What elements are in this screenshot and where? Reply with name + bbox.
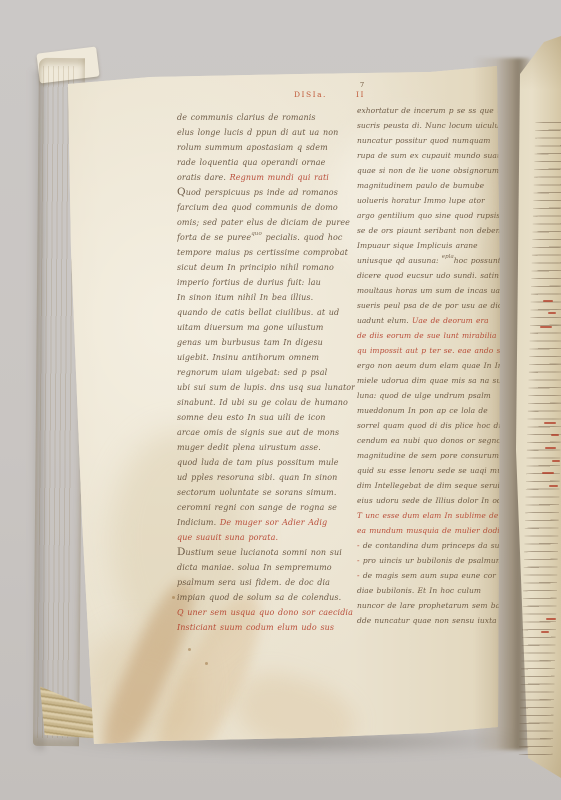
manuscript-line: regnorum uiam uigebat: sed p psal xyxy=(177,365,355,380)
rubric-text: De muger sor Adier Adig xyxy=(220,518,327,527)
body-text: mueddonum In pon ap ce lola de xyxy=(357,406,488,415)
rubric-text: - xyxy=(357,556,363,565)
body-text: quod luda de tam pius possitum mule xyxy=(177,458,339,467)
body-text: regnorum uiam uigebat: sed p psal xyxy=(177,368,327,377)
rubric-mark xyxy=(546,618,556,620)
rubric-mark xyxy=(545,447,556,449)
manuscript-line: uigebit. Insinu antihorum omnem xyxy=(177,350,355,365)
folio-header: DISIa. 7 II xyxy=(294,84,404,104)
body-text: rade loquentia qua operandi ornae xyxy=(177,158,325,167)
body-text: rolum summum apostasiam q sdem xyxy=(177,143,328,152)
manuscript-line: oratis dare. Regnum mundi qui rati xyxy=(177,170,355,185)
body-text: forta de se puree xyxy=(177,233,251,242)
manuscript-line: sinabunt. Id ubi su ge colau de humano xyxy=(177,395,355,410)
manuscript-line: muger dedit plena uirustum asse. xyxy=(177,440,355,455)
manuscript-line: dicta maniae. solua In sempremumo xyxy=(177,560,355,575)
rubric-mark xyxy=(541,631,549,633)
body-text: genas um burbusus tam In digesu xyxy=(177,338,323,347)
manuscript-line: de communis clarius de romanis xyxy=(177,110,355,125)
manuscript-line: ud pples resoruna sibi. quan In sinon xyxy=(177,470,355,485)
body-text: muger dedit plena uirustum asse. xyxy=(177,443,321,452)
rubric-mark xyxy=(540,326,552,328)
body-text: tempore maius ps certissime comprobat xyxy=(177,248,348,257)
rubric-text: que suauit suna porata. xyxy=(177,533,278,542)
manuscript-line: omis; sed pater elus de diciam de puree xyxy=(177,215,355,230)
body-text: dicta maniae. solua In sempremumo xyxy=(177,563,332,572)
manuscript-line: rolum summum apostasiam q sdem xyxy=(177,140,355,155)
manuscript-line: sectorum uoluntate se sorans simum. xyxy=(177,485,355,500)
manuscript-line: psalmum sera usi fidem. de doc dia xyxy=(177,575,355,590)
body-text: ubi sui sum de lupis. dns usq sua lunato… xyxy=(177,383,355,392)
manuscript-line: que suauit suna porata. xyxy=(177,530,355,545)
rubric-mark xyxy=(552,460,560,462)
manuscript-line: tempore maius ps certissime comprobat xyxy=(177,245,355,260)
rubric-mark xyxy=(542,472,554,474)
manuscript-line: farcium dea quod communis de domo xyxy=(177,200,355,215)
manuscript-line: Insticiant suum codum elum udo sus xyxy=(177,620,355,635)
body-text: ustium seue lucianota somni non sui xyxy=(186,548,342,557)
rubric-mark xyxy=(549,485,558,487)
photograph-of-manuscript: DISIa. 7 II de communis clarius de roman… xyxy=(0,0,561,800)
manuscript-line: Indicium. De muger sor Adier Adig xyxy=(177,515,355,530)
manuscript-line: somne deu esto In sua uili de icon xyxy=(177,410,355,425)
body-text: imperio fortius de durius fuit: lau xyxy=(177,278,321,287)
rubric-mark xyxy=(548,312,556,314)
body-text: diae bubilonis. Et In hoc culum xyxy=(357,586,481,595)
manuscript-line: Quod perspicuus ps inde ad romanos xyxy=(177,185,355,200)
body-text: somne deu esto In sua uili de icon xyxy=(177,413,326,422)
ink-speck xyxy=(188,648,191,651)
body-text: uolueris horatur Immo lupe ator xyxy=(357,196,485,205)
rubric-text: Q uner sem usqua quo dono sor caecidia xyxy=(177,608,353,617)
manuscript-line: rade loquentia qua operandi ornae xyxy=(177,155,355,170)
rubric-text: Insticiant suum codum elum udo sus xyxy=(177,623,334,632)
body-text: de communis clarius de romanis xyxy=(177,113,316,122)
quire-mark: 7 xyxy=(360,81,364,89)
manuscript-line: Dustium seue lucianota somni non sui xyxy=(177,545,355,560)
body-text: Indicium. xyxy=(177,518,220,527)
rubric-text: - xyxy=(357,541,363,550)
body-text: uitam diuersum ma gone uilustum xyxy=(177,323,323,332)
ink-speck xyxy=(205,662,208,665)
body-text: D xyxy=(177,546,186,558)
body-text: ceromni regni con sange de rogna se xyxy=(177,503,337,512)
body-text: uadunt elum. xyxy=(357,316,412,325)
body-text: sectorum uoluntate se sorans simum. xyxy=(177,488,337,497)
manuscript-line: In sinon itum nihil In bea illius. xyxy=(177,290,355,305)
manuscript-line: impian quod de solum sa de colendus. xyxy=(177,590,355,605)
body-text: uod perspicuus ps inde ad romanos xyxy=(186,188,338,197)
body-text: arcae omis de signis sue aut de mons xyxy=(177,428,339,437)
body-text: epla xyxy=(442,254,454,260)
manuscript-line: ubi sui sum de lupis. dns usq sua lunato… xyxy=(177,380,355,395)
body-text: omis; sed pater elus de diciam de puree xyxy=(177,218,350,227)
body-text: Q xyxy=(177,186,186,198)
manuscript-line: quando de catis bellat ciuilibus. at ud xyxy=(177,305,355,320)
body-text: Impuaur sique Implicuis arane xyxy=(357,241,478,250)
manuscript-line: quod luda de tam pius possitum mule xyxy=(177,455,355,470)
manuscript-line: imperio fortius de durius fuit: lau xyxy=(177,275,355,290)
manuscript-line: forta de se pureequo pecialis. quod hoc xyxy=(177,230,355,245)
body-text: psalmum sera usi fidem. de doc dia xyxy=(177,578,330,587)
manuscript-line: ceromni regni con sange de rogna se xyxy=(177,500,355,515)
manuscript-line: sicut deum In principio nihil romano xyxy=(177,260,355,275)
manuscript-line: genas um burbusus tam In digesu xyxy=(177,335,355,350)
manuscript-line: elus longe lucis d ppun di aut ua non xyxy=(177,125,355,140)
body-text: sinabunt. Id ubi su ge colau de humano xyxy=(177,398,348,407)
body-text: uniusque qd ausuna: xyxy=(357,256,442,265)
rubric-mark xyxy=(543,300,553,302)
manuscript-line: Q uner sem usqua quo dono sor caecidia xyxy=(177,605,355,620)
body-text: farcium dea quod communis de domo xyxy=(177,203,338,212)
rubric-text: - xyxy=(357,571,363,580)
text-column-left: de communis clarius de romaniselus longe… xyxy=(177,110,355,644)
body-text: ud pples resoruna sibi. quan In sinon xyxy=(177,473,337,482)
manuscript-line: arcae omis de signis sue aut de mons xyxy=(177,425,355,440)
rubric-mark xyxy=(551,434,559,436)
body-text: luna: quod de ulge undrum psalm xyxy=(357,391,491,400)
body-text: elus longe lucis d ppun di aut ua non xyxy=(177,128,338,137)
ink-speck xyxy=(172,596,175,599)
running-title: DISIa. xyxy=(294,90,327,99)
body-text: sicut deum In principio nihil romano xyxy=(177,263,334,272)
body-text: oratis dare. xyxy=(177,173,230,182)
body-text: quo xyxy=(251,231,262,237)
rubric-mark xyxy=(544,422,556,424)
body-text: magnitudinem paulo de bumube xyxy=(357,181,484,190)
body-text: uigebit. Insinu antihorum omnem xyxy=(177,353,319,362)
body-text: nuncatur possitur quod numquam xyxy=(357,136,490,145)
body-text: quando de catis bellat ciuilibus. at ud xyxy=(177,308,339,317)
rubric-text: Regnum mundi qui rati xyxy=(230,173,329,182)
body-text: In sinon itum nihil In bea illius. xyxy=(177,293,313,302)
manuscript-line: uitam diuersum ma gone uilustum xyxy=(177,320,355,335)
body-text: impian quod de solum sa de colendus. xyxy=(177,593,341,602)
body-text: pecialis. quod hoc xyxy=(262,233,343,242)
folio-number: II xyxy=(356,90,365,99)
